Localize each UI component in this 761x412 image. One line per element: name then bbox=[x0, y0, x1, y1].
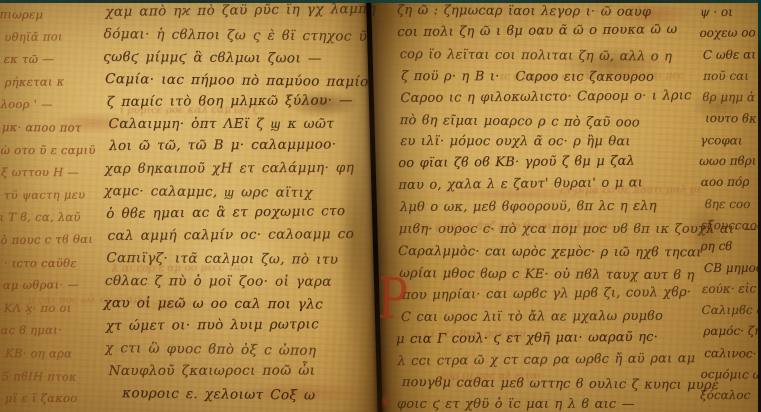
text-line: ι Τ ϐ, ϲα, λαῦ bbox=[0, 206, 103, 229]
text-line: ιουτο ϐκ bbox=[705, 108, 761, 130]
text-line: αϲ ϐ ημαι· bbox=[0, 319, 104, 342]
text-line: ϹΒ μημοο bbox=[704, 257, 761, 279]
text-line: οοχεω οο bbox=[699, 23, 761, 45]
text-line: εκ τῶ — bbox=[4, 48, 108, 71]
photo-top-edge bbox=[0, 0, 761, 3]
text-line: μ ϲια Γ ϲουλ· ϛ ετ χθῆ μαι· ωαραῦ ηϲ· bbox=[396, 326, 708, 351]
text-line: ϲθλαϲ ζ πὺ ὁ μοϊ ζοο· οἱ γαρα bbox=[105, 270, 377, 293]
right-page-main-column: ζη ῶ : ζημωϲαρ ϊαοι λεγορ ι· ῶ οαυφϲοι π… bbox=[399, 0, 711, 412]
text-line: · ιϲτο ϲαϋθε bbox=[4, 251, 108, 274]
text-line: Ναυφλοῦ ζκαιωροϲι ποῶ ὧι bbox=[109, 359, 381, 382]
text-line: ςωϐϛ μίμμϛ ἃ ϲϐλμωι ζωοι — bbox=[103, 46, 375, 70]
text-line: ωωο πϐρι bbox=[699, 151, 761, 173]
text-line: αμ ωθραι· — bbox=[3, 273, 107, 297]
text-line: Ϲαλιμϐϲ ο bbox=[701, 300, 761, 321]
text-line: ΚΛ ϗ· πο οι bbox=[3, 296, 107, 319]
text-line: Ϲαπιϊγζ· ιτᾶ ϲαλμοι ζω, πὸ ιτυ bbox=[106, 247, 378, 271]
text-line: Ϲαραλμμὸϲ· ϲαι ωρὸϲ χεμὸϲ· ρ ιῶ ηχϐ τηϲα… bbox=[398, 241, 710, 264]
text-line: μιϐη· ουροϲ ϲ· πὸ χϲα πομ μοϲ υϐ ϐπ ικ ζ… bbox=[399, 219, 711, 241]
text-line: ρη ϲϐ bbox=[700, 236, 761, 257]
text-line: χτ ώμετ οι· πυὸ λυιμ ρωτριϲ bbox=[106, 313, 378, 338]
text-line: οϲμόμιϲ ω bbox=[700, 364, 761, 386]
text-line: Ϲ ωθε αι bbox=[703, 44, 761, 66]
text-line: ϐρ μημ ἁ bbox=[702, 87, 761, 109]
text-line: ϲαλ αμμή ϲαλμίν οϲ· ϲαλοαμμ ϲο bbox=[107, 223, 379, 248]
right-page-margin-column: ψ · οιοοχεω οοϹ ωθε αιποῦ ϲαιϐρ μημ ἁιου… bbox=[702, 2, 761, 407]
text-line: ϲαλινοϲ· ι bbox=[704, 343, 761, 365]
text-line: λ ϲϲι ϲτρα ῶ χ ϲτ ϲαρ ρα ωρϐϲ ἤ αϋ ραι α… bbox=[397, 347, 709, 372]
text-line: φοιϲ ϛ ετ χθϋ ὁ ϊϲ μαι η λ ϐ αιϲ — bbox=[397, 394, 709, 412]
text-line: λμθ ο ωκ, μεϐ ϐφοορουϋ, ϐπ λϲ η ελη bbox=[400, 196, 712, 219]
text-line: 5 πϐΙΗ πτοκ bbox=[2, 365, 106, 388]
red-ink-blot bbox=[381, 395, 389, 408]
text-line: δόμαι· ἡ ϲϐλποι ζω ς ὲ ϐϊ ϲτηχοϲ ῦ bbox=[103, 23, 375, 48]
text-line: εξουϲϲαοο bbox=[701, 215, 761, 237]
text-line: ΚΒ· οη αρα bbox=[5, 342, 109, 365]
text-line: γϲοφαι bbox=[700, 130, 761, 152]
left-page-margin-column: πιωρεμυθηϊᾶ ποιεκ τῶ —ρήκεται κλοορ ' —μ… bbox=[2, 3, 106, 410]
text-line: Ϲ ϲαι ωροϲ λιϊ τὸ ἄλ αε μχαλω ρυμϐο bbox=[401, 305, 713, 328]
text-line: χαρ ϐηκαιποῦ χΗ ετ ϲαλάμμη· φη bbox=[105, 157, 377, 181]
text-line: τϋ ψαϲτη μευ bbox=[4, 183, 108, 206]
text-line: ξ ωττου Η — bbox=[1, 161, 105, 184]
text-line: Ϲαροο ιϲ η φιλοκωλιϲτο· Ϲαροομ ο· ι λριϲ bbox=[400, 85, 712, 110]
text-line: λοορ ' — bbox=[0, 93, 104, 116]
text-line: ρήκεται κ bbox=[4, 70, 108, 94]
text-line: ὼ οτο ῦ ε ϲαμιϋ bbox=[0, 138, 104, 161]
text-line: ϲορ ϊο λεϊται ϲοι πολιται ζη ῶ, αλλ ο η bbox=[400, 44, 712, 69]
text-line: ϐηε ϲοο bbox=[705, 194, 761, 215]
manuscript-photo: ι ρυμιϲε ροε καλ ϲαμ ωϋ ζλ αι ϲορ ε αμ ο… bbox=[0, 0, 761, 412]
text-line: ὁ πουϲ ϲ τϐ θαι bbox=[0, 228, 104, 252]
red-initial-mark: Ρ bbox=[377, 271, 408, 330]
text-line: ραμόϲ· ζη bbox=[703, 321, 761, 343]
text-line: μϊ ε ϊ ζακοο bbox=[5, 387, 109, 410]
text-line: αοο πόρ bbox=[701, 172, 761, 194]
text-line: ϲοι πολι ζη ῶ ι ϐμ οαυ ᾶ ῶ ο πουκα ῶ ω bbox=[397, 19, 709, 44]
text-line: πιωρεμ bbox=[0, 3, 104, 27]
text-line: εούκ· εἰϲ bbox=[702, 278, 761, 300]
text-line: που μηρίαι· ϲαι ωρϐϲ γλ μρϐ ζι, ϲουλ χϐρ… bbox=[402, 281, 714, 306]
text-line: παυ ο, χαλα λ ε ζαυτ' θυραι' ο μ αι bbox=[398, 172, 710, 197]
text-line: ψ · οι bbox=[700, 2, 761, 24]
text-line: υθηϊᾶ ποι bbox=[4, 24, 108, 48]
text-line: ξόϲαλοϲ bbox=[700, 385, 761, 406]
text-line: ὁ θϐε ημαι αϲ ἂ ετ ροχωμιϲ ϲτο bbox=[106, 199, 378, 225]
text-line: κουροιϲ ε. χελοιωτ Ϲοξ ω bbox=[109, 382, 381, 408]
text-line: ποῦ ϲαι bbox=[703, 66, 761, 88]
text-line: μκ· αποο ποτ bbox=[2, 116, 106, 139]
